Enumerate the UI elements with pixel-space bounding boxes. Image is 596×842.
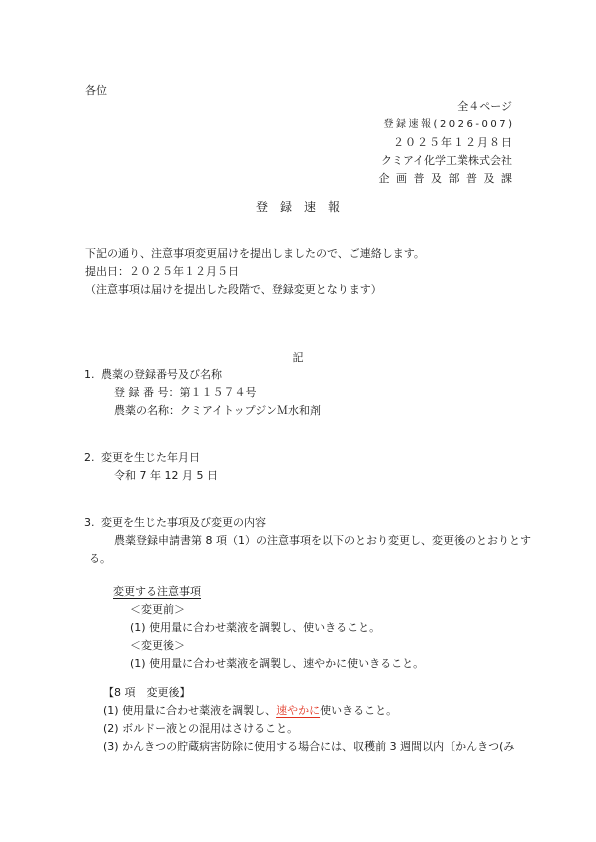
recipient-label: 各位 bbox=[85, 82, 107, 100]
section8-item-2: (2) ボルドー液との混用はさけること。 bbox=[103, 720, 514, 738]
section8-item-1-suffix: 使いきること。 bbox=[320, 704, 397, 717]
item-registration-number-and-name: 1.農薬の登録番号及び名称 登 録 番 号：第１１５７４号 農薬の名称：クミアイ… bbox=[84, 366, 321, 420]
department-line: 企画普及部普及課 bbox=[379, 170, 513, 188]
item-3-heading-row: 3.変更を生じた事項及び変更の内容 bbox=[84, 514, 531, 532]
company-name: クミアイ化学工業株式会社 bbox=[379, 152, 513, 170]
document-title: 登録速報 bbox=[256, 198, 352, 216]
section8-item-1-highlight: 速やかに bbox=[276, 704, 320, 717]
registration-number: 登 録 番 号：第１１５７４号 bbox=[114, 384, 321, 402]
body-marker: 記 bbox=[0, 349, 596, 367]
item-2-title: 変更を生じた年月日 bbox=[101, 451, 200, 464]
after-change-label: ＜変更後＞ bbox=[130, 637, 424, 655]
issue-date: ２０２５年１２月８日 bbox=[379, 134, 514, 152]
section8-heading: 【8 項 変更後】 bbox=[103, 684, 514, 702]
item-3-title: 変更を生じた事項及び変更の内容 bbox=[101, 516, 266, 529]
total-pages: 全４ページ bbox=[379, 98, 513, 116]
pesticide-name: 農薬の名称：クミアイトップジンＭ水和剤 bbox=[114, 402, 321, 420]
change-date: 令和 7 年 12 月 5 日 bbox=[114, 467, 218, 485]
item-1-heading-row: 1.農薬の登録番号及び名称 bbox=[84, 366, 321, 384]
item-2-number: 2. bbox=[84, 449, 101, 467]
after-change-text: (1) 使用量に合わせ薬液を調製し、速やかに使いきること。 bbox=[130, 655, 424, 673]
item-change-date: 2.変更を生じた年月日 令和 7 年 12 月 5 日 bbox=[84, 449, 218, 485]
change-note-heading: 変更する注意事項 bbox=[113, 585, 201, 598]
bulletin-number: 登録速報(2026-007) bbox=[379, 116, 515, 134]
item-1-title: 農薬の登録番号及び名称 bbox=[101, 368, 222, 381]
item-change-details: 3.変更を生じた事項及び変更の内容 農薬登録申請書第 8 項（1）の注意事項を以… bbox=[84, 514, 531, 568]
department-name: 企画普及部普及課 bbox=[379, 170, 519, 188]
section8-block: 【8 項 変更後】 (1) 使用量に合わせ薬液を調製し、速やかに使いきること。 … bbox=[103, 684, 514, 756]
intro-line: 下記の通り、注意事項変更届けを提出しましたので、ご連絡します。 bbox=[85, 245, 425, 263]
change-details-line: 農薬登録申請書第 8 項（1）の注意事項を以下のとおり変更し、変更後のとおりとす bbox=[114, 532, 531, 550]
submission-date: 提出日：２０２５年１２月５日 bbox=[85, 263, 425, 281]
registration-bulletin-page: 各位 全４ページ 登録速報(2026-007) ２０２５年１２月８日 クミアイ化… bbox=[0, 0, 596, 842]
item-1-number: 1. bbox=[84, 366, 101, 384]
change-note-heading-row: 変更する注意事項 bbox=[113, 583, 424, 601]
before-change-label: ＜変更前＞ bbox=[130, 601, 424, 619]
intro-note: （注意事項は届けを提出した段階で、登録変更となります） bbox=[85, 281, 425, 299]
change-details-continuation: る。 bbox=[89, 550, 531, 568]
section8-item-1: (1) 使用量に合わせ薬液を調製し、速やかに使いきること。 bbox=[103, 702, 514, 720]
section8-item-3: (3) かんきつの貯蔵病害防除に使用する場合には、収穫前 3 週間以内〔かんきつ… bbox=[103, 738, 514, 756]
intro-paragraph: 下記の通り、注意事項変更届けを提出しましたので、ご連絡します。 提出日：２０２５… bbox=[85, 245, 425, 299]
header-meta-block: 全４ページ 登録速報(2026-007) ２０２５年１２月８日 クミアイ化学工業… bbox=[379, 98, 513, 188]
section8-item-1-prefix: (1) 使用量に合わせ薬液を調製し、 bbox=[103, 704, 276, 717]
change-note-block: 変更する注意事項 ＜変更前＞ (1) 使用量に合わせ薬液を調製し、使いきること。… bbox=[113, 583, 424, 673]
item-2-heading-row: 2.変更を生じた年月日 bbox=[84, 449, 218, 467]
item-3-number: 3. bbox=[84, 514, 101, 532]
before-change-text: (1) 使用量に合わせ薬液を調製し、使いきること。 bbox=[130, 619, 424, 637]
document-title-row: 登録速報 bbox=[0, 198, 596, 217]
